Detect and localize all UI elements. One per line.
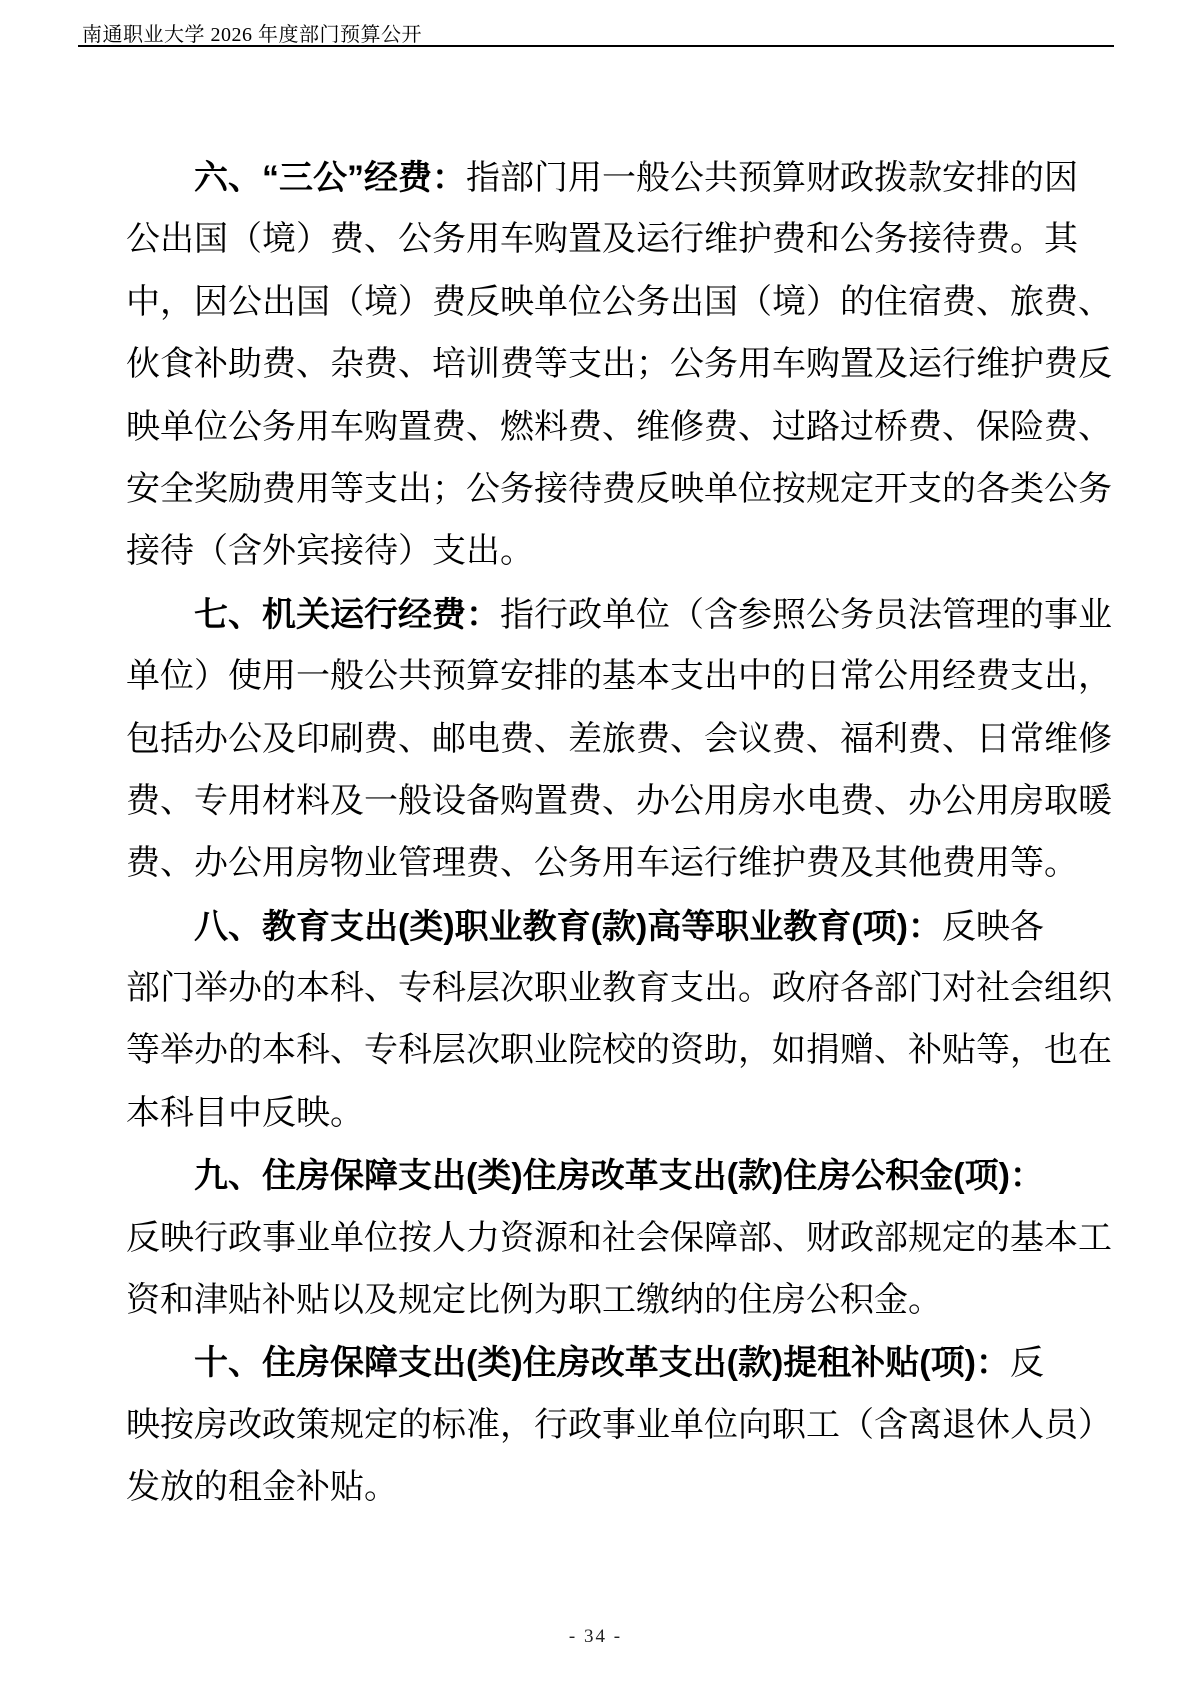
header-rule — [78, 45, 1114, 47]
heading-bold: 六、“三公”经费： — [194, 159, 466, 197]
line-text: 伙食补助费、杂费、培训费等支出；公务用车购置及运行维护费反 — [126, 346, 1112, 383]
paragraph-item-8: 八、教育支出(类)职业教育(款)高等职业教育(项)：反映各 部门举办的本科、专科… — [126, 896, 1078, 1146]
text-line: 映按房改政策规定的标准，行政事业单位向职工（含离退休人员） — [126, 1395, 1078, 1457]
line-text: 部门举办的本科、专科层次职业教育支出。政府各部门对社会组织 — [126, 970, 1112, 1007]
line-text: 等举办的本科、专科层次职业院校的资助，如捐赠、补贴等，也在 — [126, 1032, 1112, 1069]
text-line: 中，因公出国（境）费反映单位公务出国（境）的住宿费、旅费、 — [126, 272, 1078, 334]
line-text: 费、专用材料及一般设备购置费、办公用房水电费、办公用房取暖 — [126, 783, 1112, 820]
text-line: 资和津贴补贴以及规定比例为职工缴纳的住房公积金。 — [126, 1270, 1078, 1332]
document-body: 六、“三公”经费：指部门用一般公共预算财政拨款安排的因 公出国（境）费、公务用车… — [126, 147, 1078, 1520]
text-line: 反映行政事业单位按人力资源和社会保障部、财政部规定的基本工 — [126, 1208, 1078, 1270]
text-line: 伙食补助费、杂费、培训费等支出；公务用车购置及运行维护费反 — [126, 334, 1078, 396]
heading-bold: 八、教育支出(类)职业教育(款)高等职业教育(项)： — [194, 908, 942, 946]
text-line: 映单位公务用车购置费、燃料费、维修费、过路过桥费、保险费、 — [126, 397, 1078, 459]
text-line: 安全奖励费用等支出；公务接待费反映单位按规定开支的各类公务 — [126, 459, 1078, 521]
text-line: 接待（含外宾接待）支出。 — [126, 521, 1078, 583]
line-text: 发放的租金补贴。 — [126, 1469, 398, 1506]
text-line: 本科目中反映。 — [126, 1083, 1078, 1145]
text-line: 等举办的本科、专科层次职业院校的资助，如捐赠、补贴等，也在 — [126, 1020, 1078, 1082]
line-text: 公出国（境）费、公务用车购置及运行维护费和公务接待费。其 — [126, 221, 1078, 258]
paragraph-item-9: 九、住房保障支出(类)住房改革支出(款)住房公积金(项)： 反映行政事业单位按人… — [126, 1145, 1078, 1332]
text-line: 发放的租金补贴。 — [126, 1457, 1078, 1519]
text-line: 包括办公及印刷费、邮电费、差旅费、会议费、福利费、日常维修 — [126, 709, 1078, 771]
line-text: 指行政单位（含参照公务员法管理的事业 — [500, 597, 1112, 634]
text-line: 七、机关运行经费：指行政单位（含参照公务员法管理的事业 — [126, 584, 1078, 646]
text-line: 费、办公用房物业管理费、公务用车运行维护费及其他费用等。 — [126, 833, 1078, 895]
line-text: 反 — [1010, 1345, 1044, 1382]
line-text: 接待（含外宾接待）支出。 — [126, 533, 534, 570]
heading-bold: 十、住房保障支出(类)住房改革支出(款)提租补贴(项)： — [194, 1344, 1010, 1382]
paragraph-item-7: 七、机关运行经费：指行政单位（含参照公务员法管理的事业 单位）使用一般公共预算安… — [126, 584, 1078, 896]
text-line: 单位）使用一般公共预算安排的基本支出中的日常公用经费支出， — [126, 646, 1078, 708]
line-text: 指部门用一般公共预算财政拨款安排的因 — [466, 160, 1078, 197]
line-text: 本科目中反映。 — [126, 1095, 364, 1132]
line-text: 包括办公及印刷费、邮电费、差旅费、会议费、福利费、日常维修 — [126, 721, 1112, 758]
text-line: 费、专用材料及一般设备购置费、办公用房水电费、办公用房取暖 — [126, 771, 1078, 833]
heading-bold: 七、机关运行经费： — [194, 596, 500, 634]
line-text: 单位）使用一般公共预算安排的基本支出中的日常公用经费支出， — [126, 658, 1112, 695]
text-line: 八、教育支出(类)职业教育(款)高等职业教育(项)：反映各 — [126, 896, 1078, 958]
line-text: 反映行政事业单位按人力资源和社会保障部、财政部规定的基本工 — [126, 1220, 1112, 1257]
paragraph-item-6: 六、“三公”经费：指部门用一般公共预算财政拨款安排的因 公出国（境）费、公务用车… — [126, 147, 1078, 584]
document-page: 南通职业大学 2026 年度部门预算公开 六、“三公”经费：指部门用一般公共预算… — [0, 0, 1191, 1684]
heading-bold: 九、住房保障支出(类)住房改革支出(款)住房公积金(项)： — [194, 1157, 1044, 1195]
text-line: 九、住房保障支出(类)住房改革支出(款)住房公积金(项)： — [126, 1145, 1078, 1207]
text-line: 十、住房保障支出(类)住房改革支出(款)提租补贴(项)：反 — [126, 1332, 1078, 1394]
page-number: - 34 - — [0, 1626, 1191, 1648]
line-text: 资和津贴补贴以及规定比例为职工缴纳的住房公积金。 — [126, 1282, 942, 1319]
page-header-title: 南通职业大学 2026 年度部门预算公开 — [82, 18, 422, 47]
line-text: 中，因公出国（境）费反映单位公务出国（境）的住宿费、旅费、 — [126, 284, 1112, 321]
paragraph-item-10: 十、住房保障支出(类)住房改革支出(款)提租补贴(项)：反 映按房改政策规定的标… — [126, 1332, 1078, 1519]
text-line: 部门举办的本科、专科层次职业教育支出。政府各部门对社会组织 — [126, 958, 1078, 1020]
line-text: 费、办公用房物业管理费、公务用车运行维护费及其他费用等。 — [126, 845, 1078, 882]
text-line: 公出国（境）费、公务用车购置及运行维护费和公务接待费。其 — [126, 209, 1078, 271]
line-text: 反映各 — [942, 909, 1044, 946]
line-text: 映按房改政策规定的标准，行政事业单位向职工（含离退休人员） — [126, 1407, 1112, 1444]
line-text: 映单位公务用车购置费、燃料费、维修费、过路过桥费、保险费、 — [126, 409, 1112, 446]
line-text: 安全奖励费用等支出；公务接待费反映单位按规定开支的各类公务 — [126, 471, 1112, 508]
text-line: 六、“三公”经费：指部门用一般公共预算财政拨款安排的因 — [126, 147, 1078, 209]
